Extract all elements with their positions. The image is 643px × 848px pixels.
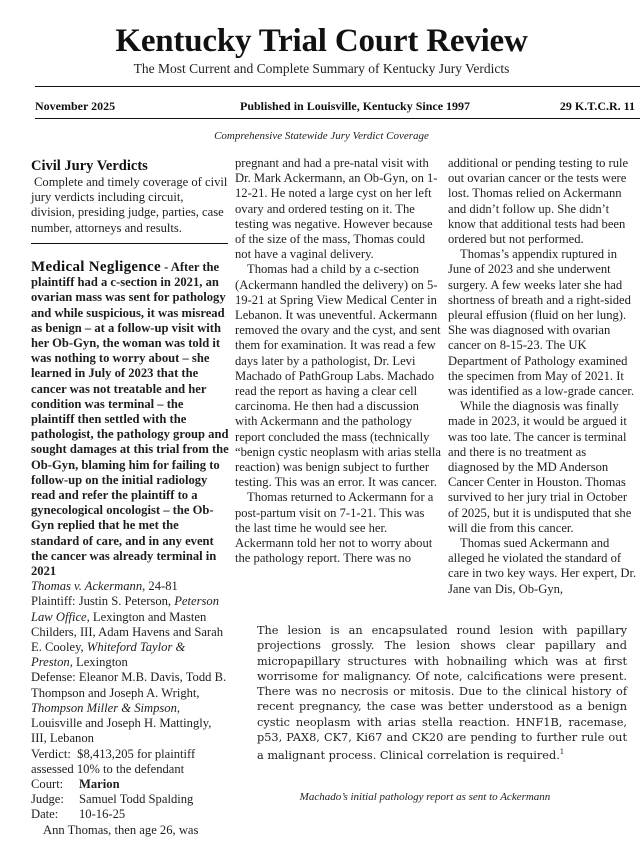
defense-counsel: Defense: Eleanor M.B. Davis, Todd B. Tho… xyxy=(31,670,229,746)
body-paragraph: While the diagnosis was finally made in … xyxy=(448,399,640,536)
body-paragraph: Thomas’s appendix ruptured in June of 20… xyxy=(448,247,640,399)
dateline-rule xyxy=(35,118,640,119)
footnote-marker: 1 xyxy=(560,748,564,756)
published-location: Published in Louisville, Kentucky Since … xyxy=(240,99,470,114)
publication-subtitle: The Most Current and Complete Summary of… xyxy=(0,61,643,77)
pathology-report-excerpt: The lesion is an encapsulated round lesi… xyxy=(257,623,627,763)
column-1: Civil Jury Verdicts Complete and timely … xyxy=(31,158,229,236)
publication-title: Kentucky Trial Court Review xyxy=(0,22,643,60)
body-paragraph: Thomas sued Ackermann and alleged he vio… xyxy=(448,536,640,597)
body-paragraph: Thomas had a child by a c-section (Acker… xyxy=(235,262,441,490)
date-row: Date:10-16-25 xyxy=(31,807,229,822)
section-divider xyxy=(31,243,228,244)
citation: 29 K.T.C.R. 11 xyxy=(560,99,635,114)
judge-value: Samuel Todd Spalding xyxy=(79,792,193,807)
judge-row: Judge:Samuel Todd Spalding xyxy=(31,792,229,807)
article-summary-column: Medical Negligence - After the plaintiff… xyxy=(31,260,229,838)
excerpt-caption: Machado’s initial pathology report as se… xyxy=(240,791,610,803)
case-summary: After the plaintiff had a c-section in 2… xyxy=(31,260,229,578)
category-heading: Medical Negligence xyxy=(31,259,161,275)
column-3: additional or pending testing to rule ou… xyxy=(448,156,640,597)
case-name: Thomas v. Ackermann xyxy=(31,579,142,593)
sidebar-heading: Civil Jury Verdicts xyxy=(31,158,229,175)
case-number: , 24-81 xyxy=(142,579,178,593)
body-paragraph: Thomas returned to Ackermann for a post-… xyxy=(235,490,441,566)
body-paragraph: Ann Thomas, then age 26, was xyxy=(31,823,229,838)
body-paragraph: pregnant and had a pre-natal visit with … xyxy=(235,156,441,262)
top-rule xyxy=(35,86,640,87)
column-2: pregnant and had a pre-natal visit with … xyxy=(235,156,441,566)
tagline: Comprehensive Statewide Jury Verdict Cov… xyxy=(0,130,643,142)
body-paragraph: additional or pending testing to rule ou… xyxy=(448,156,640,247)
issue-date: November 2025 xyxy=(35,99,115,114)
sidebar-body: Complete and timely coverage of civil ju… xyxy=(31,175,229,236)
court-row: Court:Marion xyxy=(31,777,229,792)
date-value: 10-16-25 xyxy=(79,807,125,822)
court-value: Marion xyxy=(79,777,120,792)
case-caption: Thomas v. Ackermann, 24-81 xyxy=(31,579,229,594)
verdict: Verdict: $8,413,205 for plaintiff assess… xyxy=(31,747,229,777)
plaintiff-counsel: Plaintiff: Justin S. Peterson, Peterson … xyxy=(31,594,229,670)
article-lead: Medical Negligence - After the plaintiff… xyxy=(31,260,229,579)
masthead: Kentucky Trial Court Review The Most Cur… xyxy=(0,22,643,77)
